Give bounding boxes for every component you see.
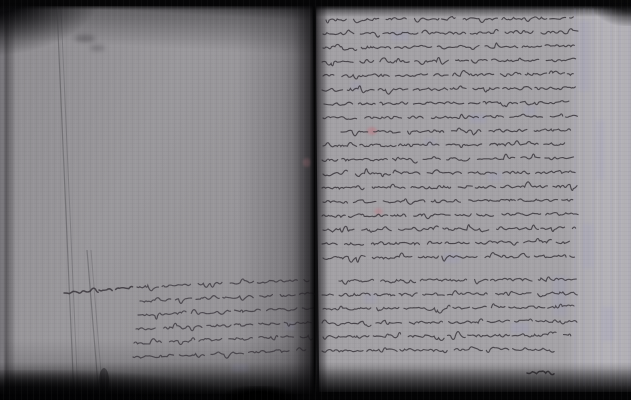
handwriting-line: [323, 29, 578, 37]
handwriting-line: [137, 279, 309, 291]
handwriting-line: [323, 43, 574, 50]
handwriting-line: [323, 332, 571, 341]
handwriting-line: [341, 128, 571, 136]
handwriting-line: [323, 141, 565, 148]
photograph-of-manuscript: [0, 0, 631, 400]
handwriting-line: [322, 182, 577, 191]
handwriting-line: [322, 58, 576, 66]
handwriting-line: [323, 304, 574, 313]
handwriting-line: [140, 293, 314, 304]
handwriting-line: [99, 286, 133, 290]
margin-rule-line: [61, 9, 78, 397]
handwriting-line: [322, 239, 569, 246]
margin-rule-line: [57, 9, 74, 397]
handwriting-line: [322, 291, 577, 297]
handwriting-line: [133, 348, 306, 358]
handwriting-line: [323, 169, 575, 177]
top-right-corner-shadow: [591, 0, 631, 26]
book-gutter-shadow: [294, 0, 334, 400]
handwriting-line: [324, 101, 569, 107]
bottom-left-shadow: [0, 370, 230, 400]
handwriting-line: [323, 71, 573, 79]
photo-top-border: [0, 0, 631, 10]
handwriting-line: [323, 253, 575, 263]
handwriting-line: [323, 225, 576, 232]
bottom-black-notch: [222, 386, 296, 400]
left-page-note-block: [133, 279, 314, 358]
handwriting-line: [323, 199, 573, 204]
right-page-paragraph-1: [322, 17, 578, 263]
handwriting-line: [326, 17, 573, 23]
handwriting-line: [136, 322, 311, 331]
left-margin-annotation: [64, 286, 133, 293]
handwriting-line: [339, 277, 576, 284]
handwriting-line: [323, 114, 577, 119]
right-page-paragraph-2: [322, 277, 577, 353]
handwriting-line: [322, 86, 575, 94]
handwriting-line: [322, 319, 577, 327]
handwriting-line: [322, 347, 554, 353]
handwriting-line: [322, 154, 574, 163]
handwriting-line: [134, 336, 312, 345]
handwriting-line: [322, 213, 578, 219]
handwriting-line: [138, 308, 314, 319]
